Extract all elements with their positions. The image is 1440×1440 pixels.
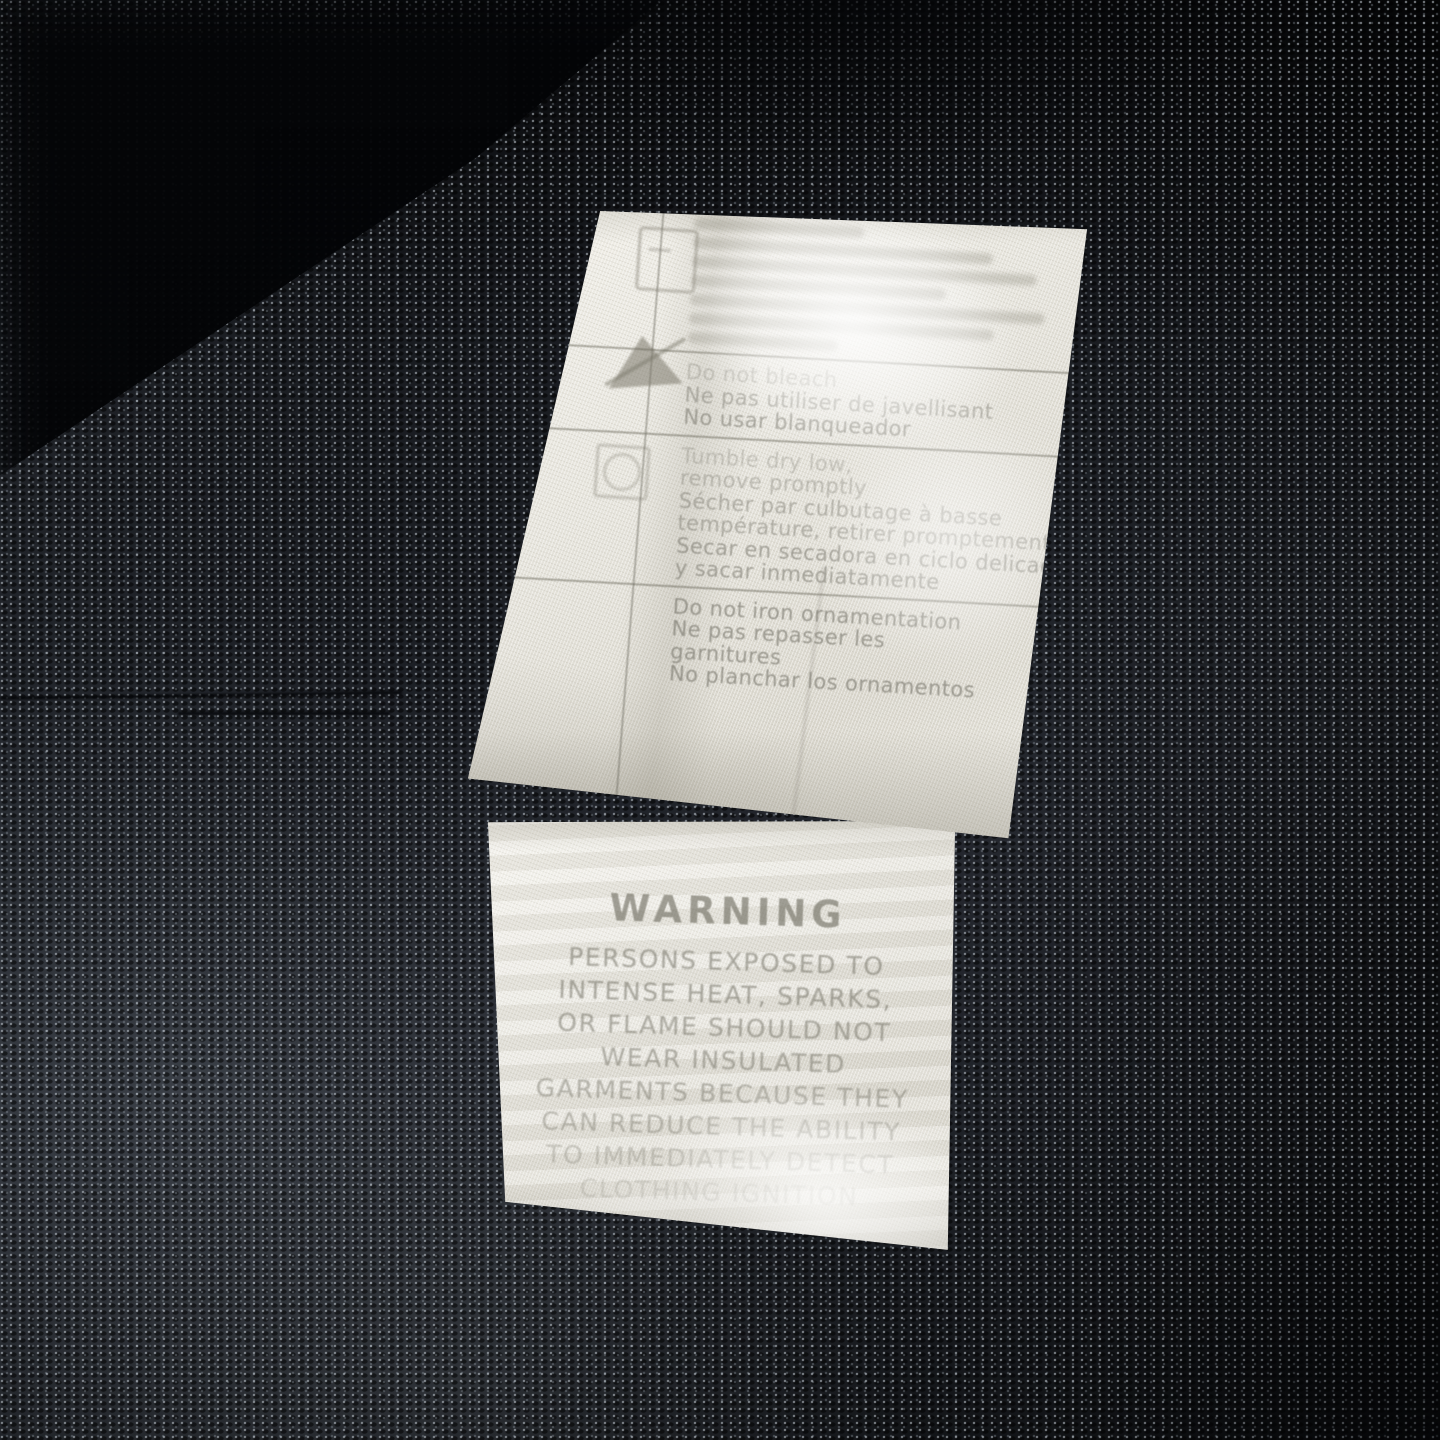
- care-row-ornamentation: Do not iron ornamentation Ne pas repasse…: [668, 595, 1072, 707]
- square-care-symbol-icon: [635, 226, 699, 294]
- warning-heading: WARNING: [480, 882, 976, 941]
- illegible-text-line: [688, 332, 838, 351]
- illegible-text-line: [694, 218, 864, 238]
- care-row-1: [688, 218, 1094, 365]
- warning-label: WARNING PERSONS EXPOSED TO INTENSE HEAT,…: [478, 812, 973, 1257]
- care-instructions-label: Do not bleach Ne pas utiliser de javelli…: [455, 198, 1100, 848]
- do-not-bleach-icon: [605, 333, 682, 388]
- care-row-tumble-dry: Tumble dry low, remove promptly Sécher p…: [674, 444, 1081, 601]
- fabric-background: WARNING PERSONS EXPOSED TO INTENSE HEAT,…: [0, 0, 1440, 1440]
- column-divider-line: [613, 206, 665, 832]
- fabric-seam-line: [0, 691, 402, 700]
- care-text-column: Do not bleach Ne pas utiliser de javelli…: [668, 210, 1094, 707]
- warning-text-block: WARNING PERSONS EXPOSED TO INTENSE HEAT,…: [470, 804, 979, 1264]
- tumble-dry-icon: [593, 443, 651, 501]
- fabric-seam-line: [178, 712, 390, 715]
